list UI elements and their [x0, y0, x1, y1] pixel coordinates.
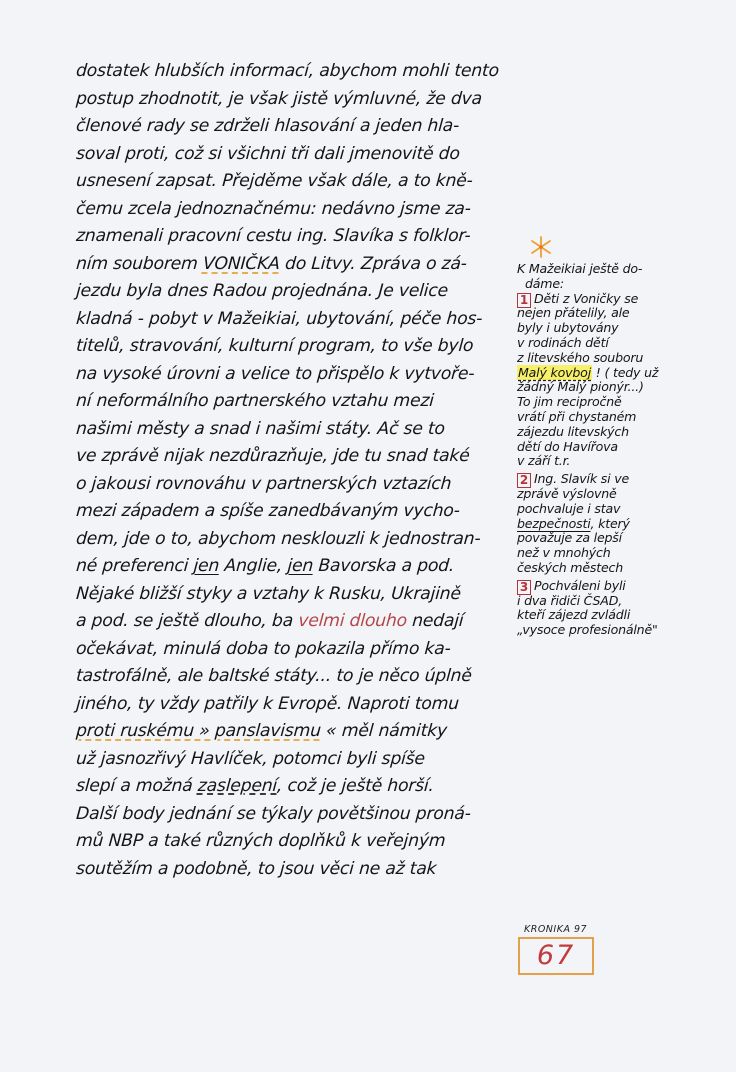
underlined-word: jen	[287, 556, 314, 576]
text-line: soutěžím a podobně, to jsou věci ne až t…	[75, 856, 517, 884]
text: Bavorska a pod.	[312, 556, 454, 576]
text: Anglie,	[219, 556, 289, 576]
side-line: byly i ubytovány	[517, 321, 717, 336]
text-line: kladná - pobyt v Mažeikiai, ubytování, p…	[75, 306, 517, 334]
side-line: bezpečnosti, který	[517, 517, 717, 532]
text-line: mů NBP a také různých doplňků k veřejným	[75, 828, 517, 856]
text-line: jezdu byla dnes Radou projednána. Je vel…	[75, 278, 517, 306]
side-line: pochvaluje i stav	[517, 502, 717, 517]
text-line: znamenali pracovní cestu ing. Slavíka s …	[75, 223, 517, 251]
highlighted-ensemble-name: Malý kovboj	[517, 365, 592, 380]
text: , což je ještě horší.	[276, 776, 434, 796]
text: slepí a možná	[75, 776, 198, 796]
side-line: v září t.r.	[517, 454, 717, 469]
text: do Litvy. Zpráva o zá-	[279, 254, 467, 274]
side-line: 1Děti z Voničky se	[517, 292, 717, 307]
text-line: titelů, stravování, kulturní program, to…	[75, 333, 517, 361]
text: ním souborem	[75, 254, 203, 274]
main-text-column: dostatek hlubších informací, abychom moh…	[76, 58, 516, 883]
side-line: vrátí při chystaném	[517, 410, 717, 425]
text: a pod. se ještě dlouho, ba	[75, 611, 299, 631]
text-line: tastrofálně, ale baltské státy... to je …	[75, 663, 517, 691]
text-line: členové rady se zdrželi hlasování a jede…	[75, 113, 517, 141]
text-line: Nějaké bližší styky a vztahy k Rusku, Uk…	[75, 581, 517, 609]
text-line: o jakousi rovnováhu v partnerských vztaz…	[75, 471, 517, 499]
text-line: proti ruskému » panslavismu « měl námitk…	[75, 718, 517, 746]
text-line: ve zprávě nijak nezdůrazňuje, jde tu sna…	[75, 443, 517, 471]
text-line: našimi městy a snad i našimi státy. Ač s…	[75, 416, 517, 444]
side-line: dětí do Havířova	[517, 440, 717, 455]
chronicle-label: KRONIKA 97	[524, 924, 594, 935]
text: Pochváleni byli	[534, 578, 626, 593]
side-line: zájezdu litevských	[517, 425, 717, 440]
side-line: než v mnohých	[517, 546, 717, 561]
underlined-word: zaslepení	[197, 776, 278, 796]
side-line: žádný Malý pionýr...)	[517, 380, 717, 395]
text-line: mezi západem a spíše zanedbávaným vycho-	[75, 498, 517, 526]
text-line: dostatek hlubších informací, abychom moh…	[75, 58, 517, 86]
text: , který	[591, 516, 630, 531]
side-line: „vysoce profesionálně"	[517, 623, 717, 638]
side-line: z litevského souboru	[517, 351, 717, 366]
text-line: na vysoké úrovni a velice to přispělo k …	[75, 361, 517, 389]
side-line: kteří zájezd zvládli	[517, 608, 717, 623]
side-item-3: 3Pochváleni byli i dva řidiči ČSAD, kteř…	[517, 579, 717, 638]
text: Děti z Voničky se	[534, 291, 638, 306]
text-line: očekávat, minulá doba to pokazila přímo …	[75, 636, 517, 664]
text-line: usnesení zapsat. Přejděme však dále, a t…	[75, 168, 517, 196]
text: Ing. Slavík si ve	[534, 471, 629, 486]
text-line: dem, jde o to, abychom nesklouzli k jedn…	[75, 526, 517, 554]
page-number: 67	[518, 937, 594, 975]
underlined-word: bezpečnosti	[517, 516, 591, 531]
text-line: ní neformálního partnerského vztahu mezi	[75, 388, 517, 416]
side-item-1: 1Děti z Voničky se nejen přátelily, ale …	[517, 292, 717, 470]
side-line: i dva řidiči ČSAD,	[517, 594, 717, 609]
text-line: postup zhodnotit, je však jistě výmluvné…	[75, 86, 517, 114]
page-number-block: KRONIKA 97 67	[518, 924, 594, 975]
text-line: Další body jednání se týkaly povětšinou …	[75, 801, 517, 829]
text-line: čemu zcela jednoznačnému: nedávno jsme z…	[75, 196, 517, 224]
side-item-2: 2Ing. Slavík si ve zprávě výslovně pochv…	[517, 472, 717, 576]
side-note: K Mažeikiai ještě do- dáme: 1Děti z Voni…	[517, 262, 717, 638]
side-line: v rodinách dětí	[517, 336, 717, 351]
text-line: a pod. se ještě dlouho, ba velmi dlouho …	[75, 608, 517, 636]
side-intro-line: dáme:	[517, 277, 717, 292]
asterisk-icon	[530, 236, 552, 258]
text-line: né preferenci jen Anglie, jen Bavorska a…	[75, 553, 517, 581]
underlined-word: jen	[193, 556, 220, 576]
underlined-ensemble-name: VONIČKA	[202, 254, 280, 274]
text-line: jiného, ty vždy patřily k Evropě. Naprot…	[75, 691, 517, 719]
text-line: už jasnozřivý Havlíček, potomci byli spí…	[75, 746, 517, 774]
side-line: zprávě výslovně	[517, 487, 717, 502]
text-line: ním souborem VONIČKA do Litvy. Zpráva o …	[75, 251, 517, 279]
side-line: Malý kovboj ! ( tedy už	[517, 366, 717, 381]
side-line: To jim recipročně	[517, 395, 717, 410]
side-line: považuje za lepší	[517, 531, 717, 546]
side-line: českých městech	[517, 561, 717, 576]
side-intro-line: K Mažeikiai ještě do-	[517, 262, 717, 277]
text: ! ( tedy už	[592, 365, 658, 380]
side-line: 3Pochváleni byli	[517, 579, 717, 594]
side-line: 2Ing. Slavík si ve	[517, 472, 717, 487]
red-emphasis: velmi dlouho	[298, 611, 408, 631]
text-line: slepí a možná zaslepení, což je ještě ho…	[75, 773, 517, 801]
side-line: nejen přátelily, ale	[517, 306, 717, 321]
underlined-phrase: proti ruskému » panslavismu	[75, 721, 321, 741]
text: nedají	[406, 611, 464, 631]
text: né preferenci	[75, 556, 194, 576]
text: « měl námitky	[320, 721, 448, 741]
text-line: soval proti, což si všichni tři dali jme…	[75, 141, 517, 169]
